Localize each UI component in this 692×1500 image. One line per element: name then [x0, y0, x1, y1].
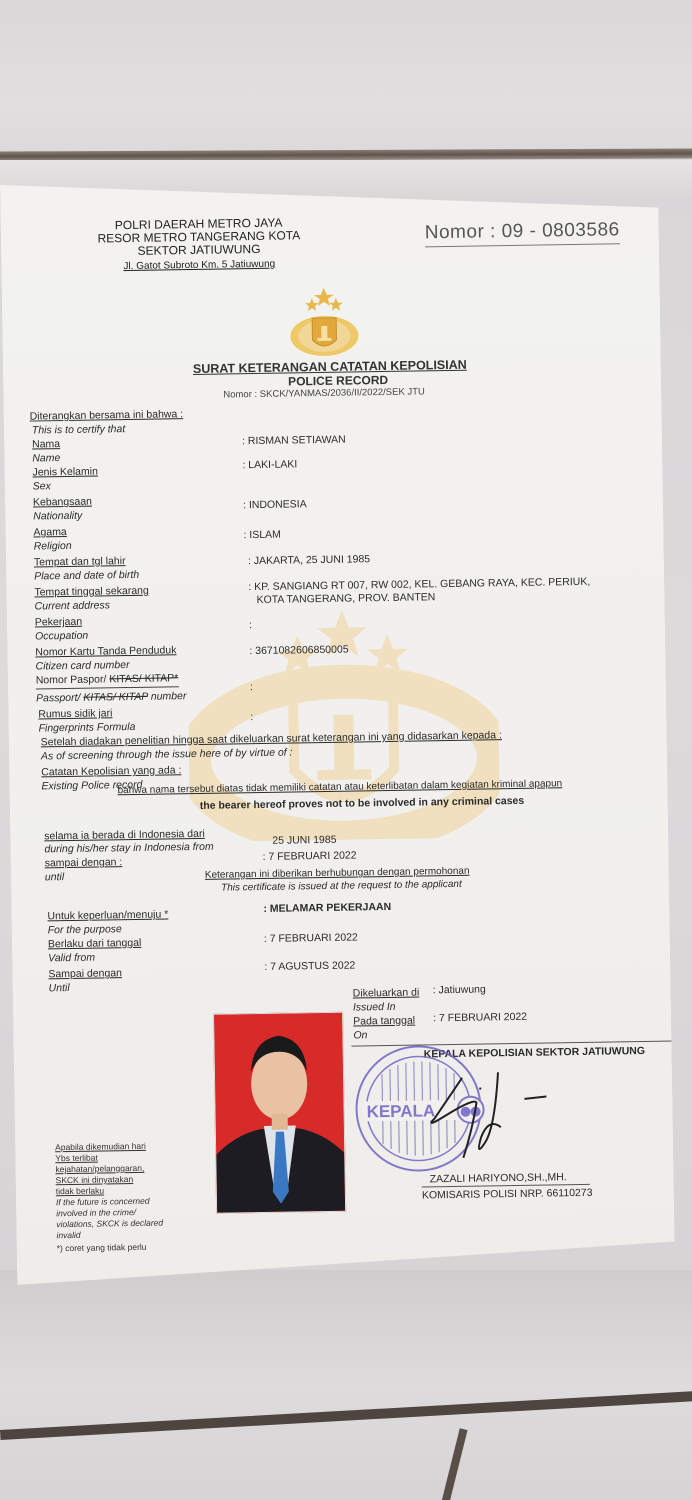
wall-tile-top — [0, 0, 692, 150]
field-passport-label: Nomor Paspor/ KITAS/ KITAP* — [36, 672, 179, 689]
purpose-label-en: For the purpose — [48, 923, 122, 936]
field-id-card-value: : 3671082606850005 — [249, 644, 348, 658]
field-passport-prefix: Nomor Paspor/ — [36, 673, 110, 686]
field-birth-value: : JAKARTA, 25 JUNI 1985 — [248, 553, 370, 567]
field-passport-en-suffix: number — [148, 690, 187, 703]
issuer-header: POLRI DAERAH METRO JAYA RESOR METRO TANG… — [89, 216, 310, 273]
intro-id: Diterangkan bersama ini bahwa : — [30, 408, 184, 422]
field-religion-label-en: Religion — [34, 540, 72, 553]
valid-from-value: : 7 FEBRUARI 2022 — [264, 931, 358, 944]
field-passport-en-prefix: Passport/ — [36, 692, 83, 705]
field-birth-label-en: Place and date of birth — [34, 569, 139, 583]
field-fingerprint-value: : — [250, 711, 253, 723]
field-name-label-en: Name — [32, 452, 60, 464]
issued-on-value: : 7 FEBRUARI 2022 — [433, 1011, 527, 1024]
side-note-en-4: invalid — [56, 1229, 163, 1242]
field-id-card-label: Nomor Kartu Tanda Penduduk — [35, 644, 176, 658]
stay-until-value: : 7 FEBRUARI 2022 — [262, 849, 356, 862]
field-occupation-value: : — [249, 619, 252, 631]
issued-in-value: : Jatiuwung — [433, 983, 486, 996]
field-occupation-label-en: Occupation — [35, 630, 88, 643]
field-name-label: Nama — [32, 438, 60, 450]
signatory-name: ZAZALI HARIYONO,SH.,MH. — [430, 1171, 567, 1185]
field-sex-label: Jenis Kelamin — [32, 465, 98, 478]
stay-from-value: 25 JUNI 1985 — [272, 834, 336, 847]
field-nationality-value: : INDONESIA — [243, 498, 307, 511]
issued-on-label: Pada tanggal — [353, 1015, 415, 1028]
police-record-document: POLRI DAERAH METRO JAYA RESOR METRO TANG… — [0, 175, 675, 1285]
field-id-card-label-en: Citizen card number — [35, 659, 129, 672]
side-note-footnote: *) coret yang tidak perlu — [57, 1242, 164, 1255]
valid-until-label: Sampai dengan — [48, 967, 122, 980]
signatory-rank: KOMISARIS POLISI NRP. 66110273 — [422, 1187, 593, 1202]
stay-until-label: sampai dengan : — [45, 856, 123, 869]
field-sex-value: : LAKI-LAKI — [242, 458, 297, 471]
intro-en: This is to certify that — [32, 423, 126, 436]
field-sex-label-en: Sex — [33, 480, 51, 492]
field-religion-label: Agama — [33, 526, 66, 539]
field-address-label-en: Current address — [35, 599, 110, 612]
field-religion-value: : ISLAM — [243, 529, 281, 542]
request-note-en: This certificate is issued at the reques… — [221, 879, 462, 894]
existing-record-id: Catatan Kepolisian yang ada : — [41, 764, 181, 778]
side-note-id-1: Apabila dikemudian hari — [55, 1141, 162, 1154]
valid-from-label-en: Valid from — [48, 952, 95, 965]
purpose-label: Untuk keperluan/menuju * — [47, 908, 168, 922]
purpose-value: : MELAMAR PEKERJAAN — [263, 901, 391, 915]
signature-icon — [414, 1056, 586, 1169]
person-portrait-icon — [214, 1013, 345, 1213]
field-name-value: : RISMAN SETIAWAN — [242, 434, 346, 448]
reference-number: Nomor : SKCK/YANMAS/2036/II/2022/SEK JTU — [223, 386, 425, 400]
wall-tile-bottom — [0, 1270, 692, 1500]
field-address-value-line2: KOTA TANGERANG, PROV. BANTEN — [256, 591, 435, 606]
valid-until-value: : 7 AGUSTUS 2022 — [264, 960, 355, 973]
side-note-en-1: If the future is concerned — [56, 1196, 163, 1209]
field-passport-en-struck: KITAS/ KITAP — [83, 691, 148, 704]
field-nationality-label: Kebangsaan — [33, 496, 92, 509]
field-address-label: Tempat tinggal sekarang — [34, 585, 149, 599]
field-nationality-label-en: Nationality — [33, 510, 82, 523]
valid-until-label-en: Until — [49, 982, 70, 994]
field-fingerprint-label: Rumus sidik jari — [38, 707, 112, 720]
stay-from-label: selama ia berada di Indonesia dari — [44, 828, 205, 843]
field-passport-struck: KITAS/ KITAP* — [109, 672, 178, 685]
side-note-en-3: violations, SKCK is declared — [56, 1218, 163, 1231]
stay-from-label-en: during his/her stay in Indonesia from — [44, 841, 213, 856]
issued-in-label: Dikeluarkan di — [353, 987, 420, 1000]
field-passport-label-en: Passport/ KITAS/ KITAP number — [36, 690, 187, 704]
field-occupation-label: Pekerjaan — [35, 616, 82, 629]
field-fingerprint-label-en: Fingerprints Formula — [38, 721, 135, 735]
serial-number: Nomor : 09 - 0803586 — [425, 219, 620, 247]
issued-in-label-en: Issued In — [353, 1001, 396, 1014]
applicant-photo — [213, 1012, 346, 1214]
field-passport-value: : — [250, 681, 253, 693]
field-birth-label: Tempat dan tgl lahir — [34, 555, 126, 568]
side-note: Apabila dikemudian hari Ybs terlibat kej… — [55, 1141, 164, 1255]
issuer-address: Jl. Gatot Subroto Km. 5 Jatiuwung — [89, 257, 309, 273]
police-emblem-icon — [288, 287, 361, 358]
valid-from-label: Berlaku dari tanggal — [48, 937, 142, 950]
stay-until-label-en: until — [45, 871, 64, 883]
